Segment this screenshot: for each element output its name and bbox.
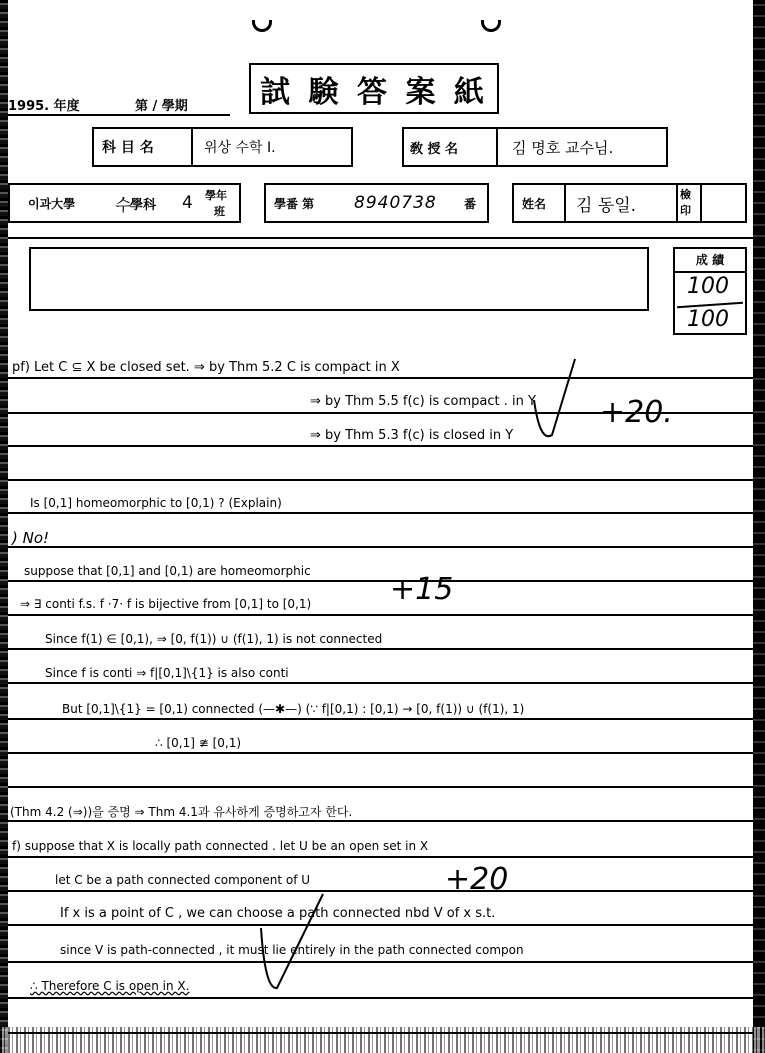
semester-label: 第 / 學期 xyxy=(135,95,188,114)
punch-hole-left xyxy=(252,20,272,32)
header-divider xyxy=(8,237,753,239)
comment-box-wide xyxy=(29,247,649,311)
subject-box: 科 目 名 위상 수학 I. xyxy=(92,127,353,167)
q3-grade-mark: +20 xyxy=(445,862,508,897)
grade-value: 4 xyxy=(182,185,193,221)
q1-line-1: pf) Let C ⊆ X be closed set. ⇒ by Thm 5.… xyxy=(12,360,400,375)
scan-edge-left xyxy=(0,0,8,1053)
year-label: 1995. 年度 xyxy=(8,95,80,114)
q2-line-4: Since f(1) ∈ [0,1), ⇒ [0, f(1)) ∪ (f(1),… xyxy=(45,632,382,646)
scan-edge-bottom xyxy=(0,1027,765,1053)
grade-label-top: 學年 xyxy=(205,187,227,203)
q1-grade-mark: +20. xyxy=(600,395,673,430)
q1-checkmark-icon xyxy=(520,355,580,445)
q2-line-1: ) No! xyxy=(12,529,49,547)
sheet-title: 試 験 答 案 紙 xyxy=(260,67,488,111)
student-no-label: 學番 第 xyxy=(274,185,314,221)
q2-line-6: But [0,1]\{1} = [0,1) connected (—✱—) (∵… xyxy=(62,702,524,716)
student-no-suffix: 番 xyxy=(464,185,476,221)
q2-line-2: suppose that [0,1] and [0,1) are homeomo… xyxy=(24,564,311,578)
student-no-box: 學番 第 8940738 番 xyxy=(264,183,489,223)
scan-edge-right xyxy=(753,0,765,1053)
q3-line-1: f) suppose that X is locally path connec… xyxy=(12,839,428,853)
header-underline xyxy=(8,114,230,116)
subject-value: 위상 수학 I. xyxy=(204,129,276,165)
name-box: 姓名 김 동일. 檢印 xyxy=(512,183,747,223)
professor-box: 敎 授 名 김 명호 교수님. xyxy=(402,127,668,167)
name-value: 김 동일. xyxy=(576,185,636,221)
q2-line-5: Since f is conti ⇒ f|[0,1]\{1} is also c… xyxy=(45,666,289,680)
dept-value: 수 xyxy=(115,185,131,221)
dept-label: 學科 xyxy=(130,185,156,221)
professor-label: 敎 授 名 xyxy=(410,129,458,165)
score-label: 成 績 xyxy=(675,251,745,273)
score-value-1: 100 xyxy=(687,274,729,299)
name-label: 姓名 xyxy=(522,185,546,221)
q3-line-5: ∴ Therefore C is open in X. xyxy=(30,979,189,993)
q3-question: (Thm 4.2 (⇒))을 증명 ⇒ Thm 4.1과 유사하게 증명하고자 … xyxy=(10,803,352,820)
subject-label: 科 目 名 xyxy=(102,129,154,165)
title-box: 試 験 答 案 紙 xyxy=(249,63,499,114)
q1-line-2: ⇒ by Thm 5.5 f(c) is compact . in Y xyxy=(310,394,536,409)
q2-grade-mark: +15 xyxy=(390,572,453,607)
q2-question: Is [0,1] homeomorphic to [0,1) ? (Explai… xyxy=(30,496,282,510)
score-value-2: 100 xyxy=(687,307,729,332)
score-box: 成 績 100 100 xyxy=(673,247,747,335)
q3-checkmark-icon xyxy=(255,890,335,1000)
punch-hole-right xyxy=(481,20,501,32)
college-value: 이과大學 xyxy=(28,185,75,221)
grade-label-bottom: 班 xyxy=(214,203,225,219)
q3-line-2: let C be a path connected component of U xyxy=(55,873,310,887)
dept-box: 이과大學 수 學科 4 學年 班 xyxy=(8,183,241,223)
professor-value: 김 명호 교수님. xyxy=(512,129,613,165)
q2-line-7: ∴ [0,1] ≇ [0,1) xyxy=(155,736,241,750)
q1-line-3: ⇒ by Thm 5.3 f(c) is closed in Y xyxy=(310,428,513,443)
q2-line-3: ⇒ ∃ conti f.s. f ·7· f is bijective from… xyxy=(20,597,311,611)
student-no-value: 8940738 xyxy=(354,185,437,221)
seal-label: 檢印 xyxy=(680,187,692,219)
